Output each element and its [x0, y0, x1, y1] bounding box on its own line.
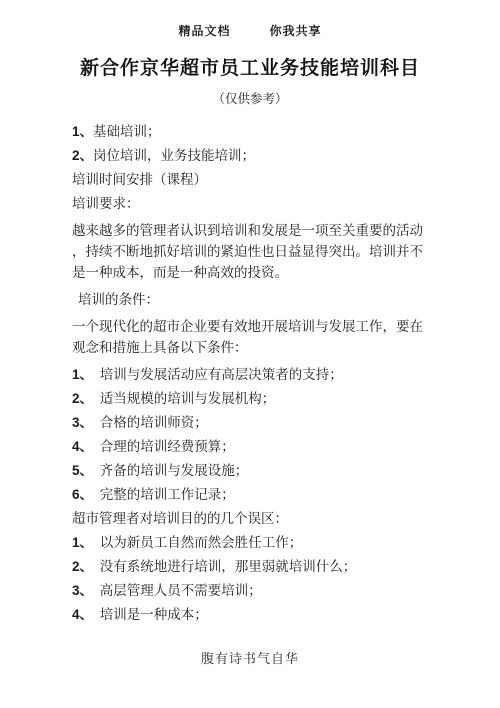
section-heading: 超市管理者对培训目的的几个误区： — [72, 511, 450, 526]
list-item: 2、 适当规模的培训与发展机构； — [72, 391, 450, 406]
header-watermark: 精品文档 你我共享 — [50, 24, 450, 38]
list-item: 2、岗位培训，业务技能培训； — [72, 148, 450, 163]
list-item: 6、 完整的培训工作记录； — [72, 487, 450, 502]
document-body: 1、基础培训； 2、岗位培训，业务技能培训； 培训时间安排（课程） 培训要求： … — [50, 124, 450, 622]
list-item: 1、基础培训； — [72, 124, 450, 139]
paragraph: 越来越多的管理者认识到培训和发展是一项至关重要的活动 ，持续不断地抓好培训的紧迫… — [72, 220, 450, 283]
list-item: 3、 高层管理人员不需要培训； — [72, 583, 450, 598]
document-page: 精品文档 你我共享 新合作京华超市员工业务技能培训科目 （仅供参考） 1、基础培… — [0, 0, 500, 708]
section-heading: 培训时间安排（课程） — [72, 172, 450, 187]
section-heading: 培训要求： — [72, 196, 450, 211]
footer-motto: 腹有诗书气自华 — [0, 651, 500, 666]
list-item: 5、 齐备的培训与发展设施； — [72, 463, 450, 478]
list-item: 1、 培训与发展活动应有高层决策者的支持； — [72, 367, 450, 382]
page-content: 精品文档 你我共享 新合作京华超市员工业务技能培训科目 （仅供参考） 1、基础培… — [50, 24, 450, 631]
list-item: 1、 以为新员工自然而然会胜任工作； — [72, 535, 450, 550]
paragraph: 一个现代化的超市企业要有效地开展培训与发展工作，要在 观念和措施上具备以下条件： — [72, 316, 450, 358]
list-item: 3、 合格的培训师资； — [72, 415, 450, 430]
list-item: 2、 没有系统地进行培训，那里弱就培训什么； — [72, 559, 450, 574]
section-heading: 培训的条件： — [72, 292, 450, 307]
document-title: 新合作京华超市员工业务技能培训科目 — [50, 56, 450, 82]
document-subtitle: （仅供参考） — [50, 92, 450, 106]
list-item: 4、 培训是一种成本； — [72, 607, 450, 622]
list-item: 4、 合理的培训经费预算； — [72, 439, 450, 454]
